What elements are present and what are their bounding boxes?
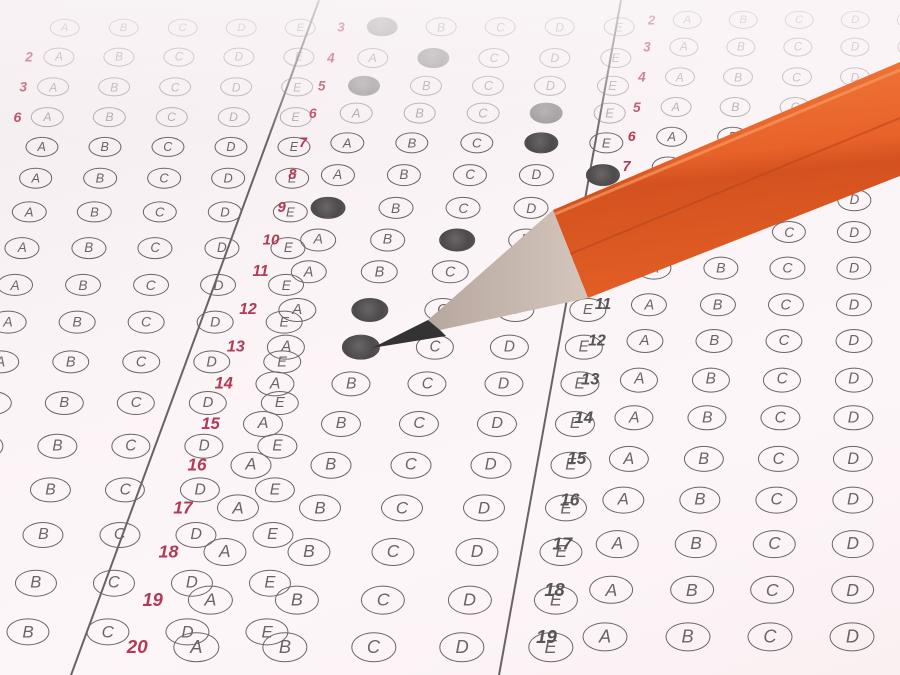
answer-sheet-photo: ABCDE2ABCDE3ABCDE6ABCDEABCDEABCDEABCDEAB… <box>0 0 900 675</box>
pencil-icon <box>0 0 900 675</box>
